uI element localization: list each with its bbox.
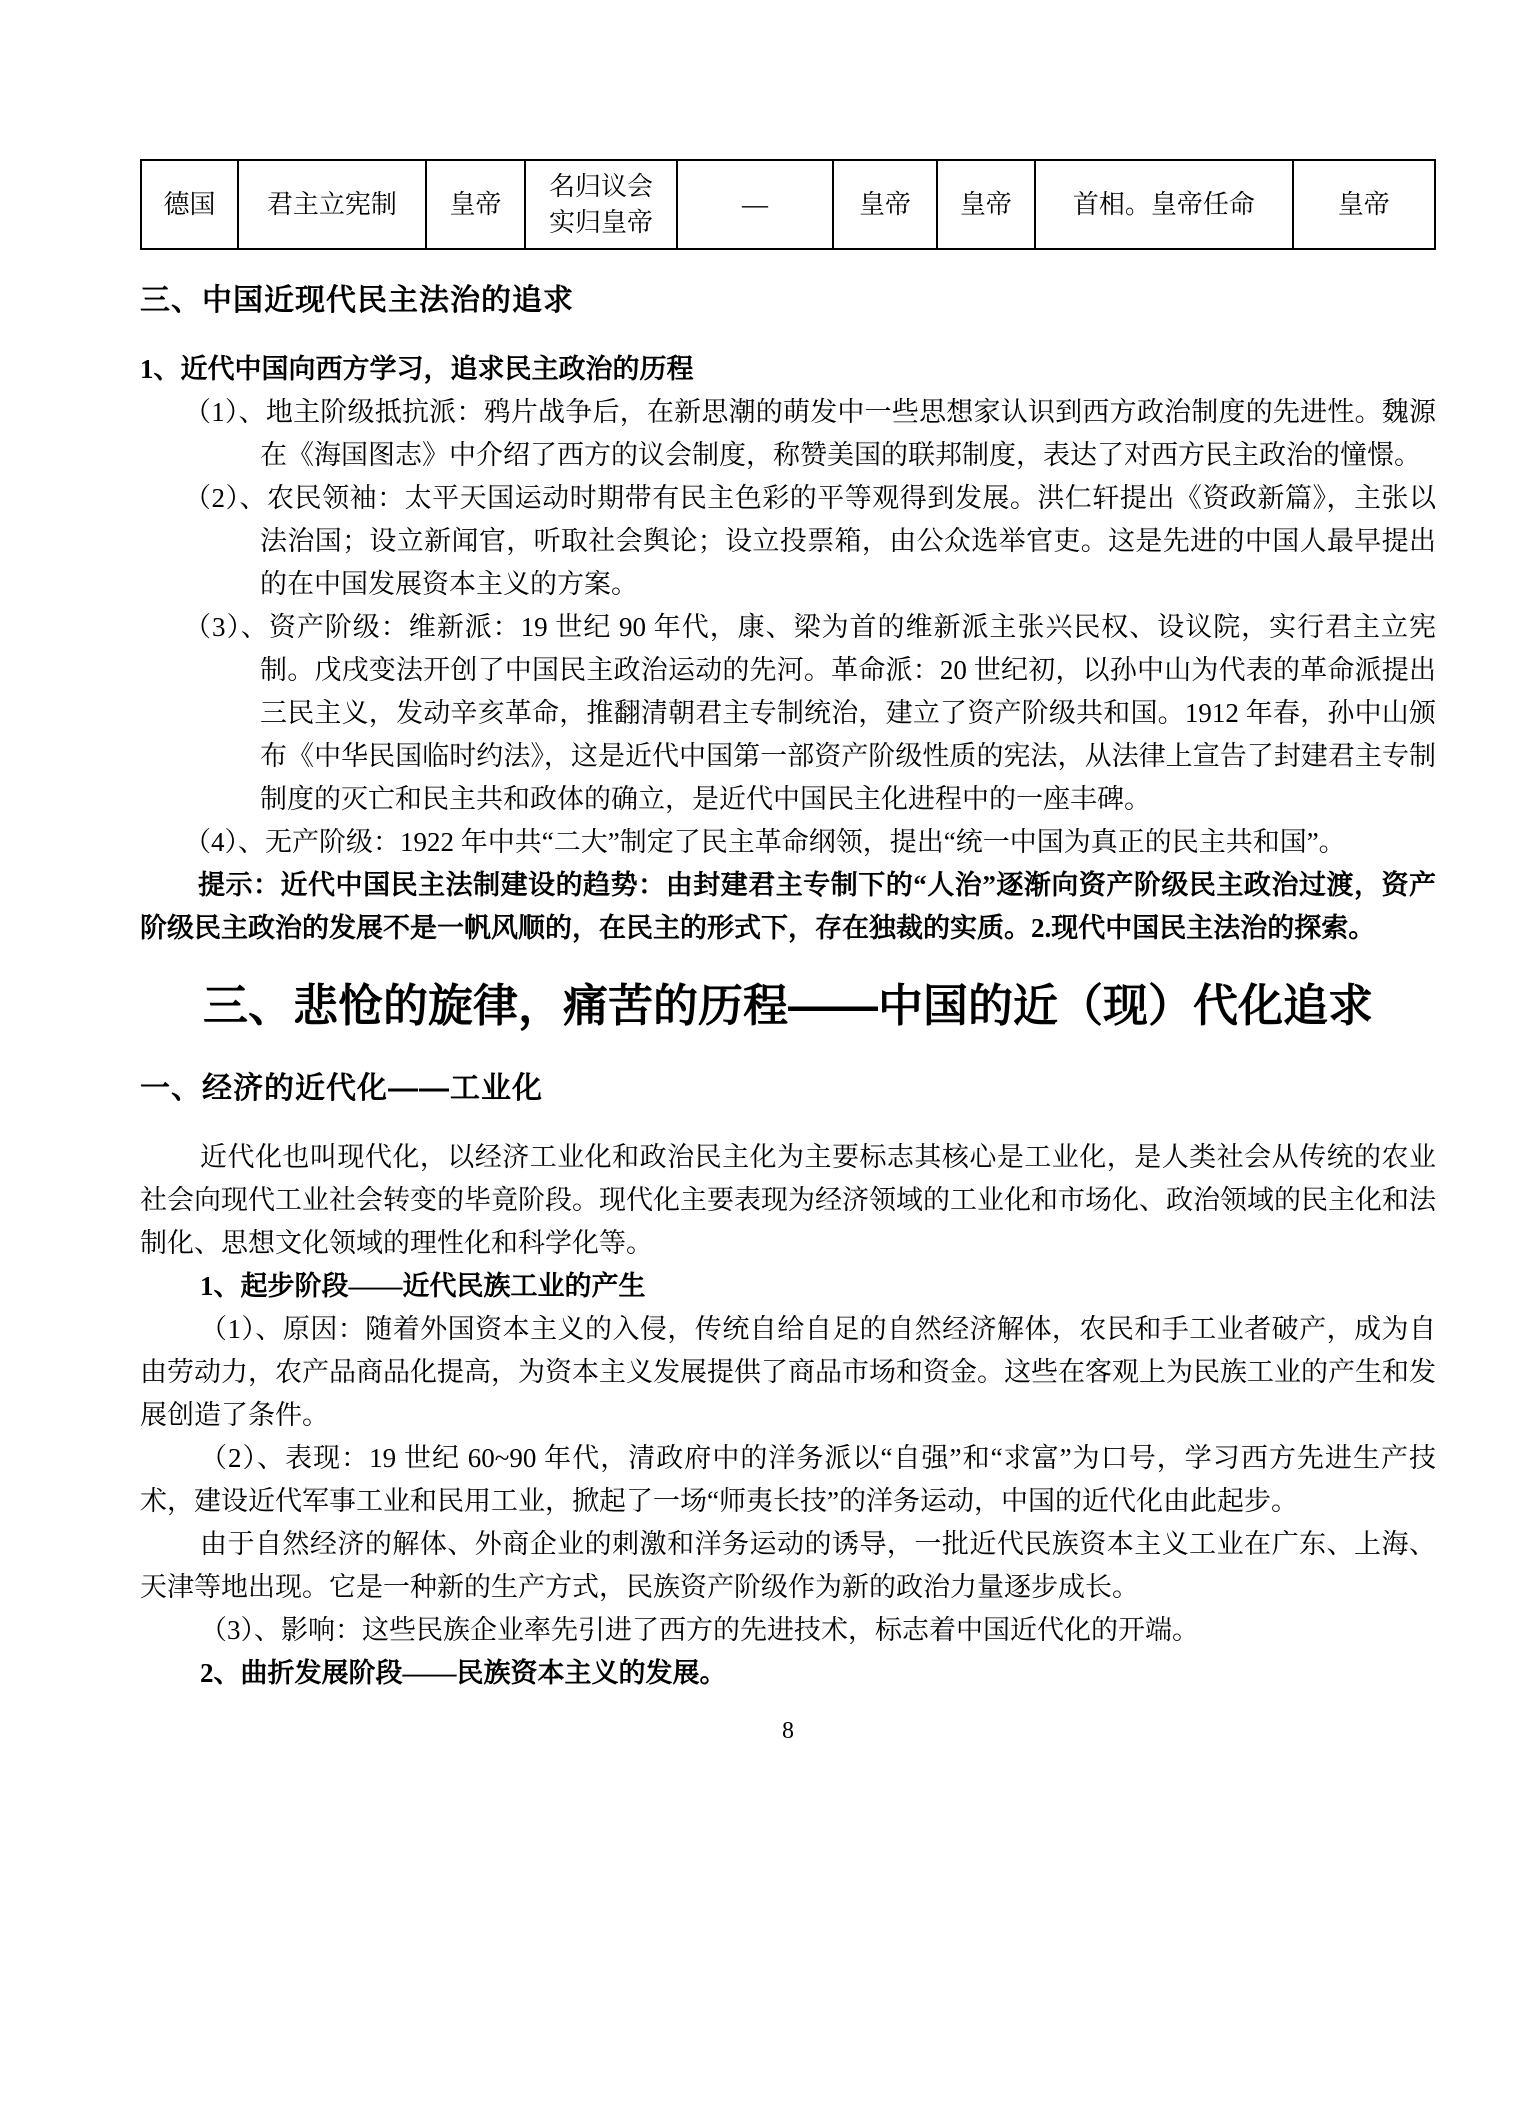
- document-page: 德国 君主立宪制 皇帝 名归议会 实归皇帝 — 皇帝 皇帝 首相。皇帝任命 皇帝…: [0, 0, 1536, 2127]
- stage1-heading: 1、起步阶段——近代民族工业的产生: [140, 1265, 1436, 1308]
- list-item-peasant-leaders: （2）、农民领袖：太平天国运动时期带有民主色彩的平等观得到发展。洪仁轩提出《资政…: [140, 477, 1436, 606]
- table-cell-dash: —: [677, 160, 834, 249]
- section-heading-democracy-rule-of-law: 三、中国近现代民主法治的追求: [140, 282, 1436, 320]
- tip-paragraph: 提示：近代中国民主法制建设的趋势：由封建君主专制下的“人治”逐渐向资产阶级民主政…: [140, 864, 1436, 950]
- table-cell-head-of-state: 皇帝: [426, 160, 526, 249]
- subheading-learning-from-west: 1、近代中国向西方学习，追求民主政治的历程: [140, 348, 1436, 391]
- stage2-heading: 2、曲折发展阶段——民族资本主义的发展。: [140, 1652, 1436, 1695]
- table-cell-premier-appointment: 首相。皇帝任命: [1035, 160, 1293, 249]
- paragraph-cause: （1）、原因：随着外国资本主义的入侵，传统自给自足的自然经济解体，农民和手工业者…: [140, 1308, 1436, 1437]
- list-item-bourgeoisie: （3）、资产阶级：维新派：19 世纪 90 年代，康、梁为首的维新派主张兴民权、…: [140, 606, 1436, 821]
- paragraph-industry-emergence: 由于自然经济的解体、外商企业的刺激和洋务运动的诱导，一批近代民族资本主义工业在广…: [140, 1523, 1436, 1609]
- page-number: 8: [140, 1715, 1436, 1747]
- paragraph-manifestation: （2）、表现：19 世纪 60~90 年代，清政府中的洋务派以“自强”和“求富”…: [140, 1437, 1436, 1523]
- list-item-proletariat: （4）、无产阶级：1922 年中共“二大”制定了民主革命纲领，提出“统一中国为真…: [140, 821, 1436, 864]
- list-item-landlord-class: （1）、地主阶级抵抗派：鸦片战争后，在新思潮的萌发中一些思想家认识到西方政治制度…: [140, 391, 1436, 477]
- paragraph-impact: （3）、影响：这些民族企业率先引进了西方的先进技术，标志着中国近代化的开端。: [140, 1609, 1436, 1652]
- table-row-germany: 德国 君主立宪制 皇帝 名归议会 实归皇帝 — 皇帝 皇帝 首相。皇帝任命 皇帝: [141, 160, 1435, 249]
- political-systems-comparison-table: 德国 君主立宪制 皇帝 名归议会 实归皇帝 — 皇帝 皇帝 首相。皇帝任命 皇帝: [140, 159, 1436, 250]
- chapter-heading-modernization: 三、悲怆的旋律，痛苦的历程——中国的近（现）代化追求: [140, 978, 1436, 1034]
- table-cell-emperor-1: 皇帝: [833, 160, 937, 249]
- paragraph-modernization-intro: 近代化也叫现代化，以经济工业化和政治民主化为主要标志其核心是工业化，是人类社会从…: [140, 1136, 1436, 1265]
- table-cell-emperor-3: 皇帝: [1293, 160, 1435, 249]
- table-cell-system: 君主立宪制: [238, 160, 426, 249]
- table-cell-power-attribution: 名归议会 实归皇帝: [525, 160, 676, 249]
- section-heading-industrialization: 一、经济的近代化——工业化: [140, 1070, 1436, 1108]
- table-cell-country: 德国: [141, 160, 238, 249]
- table-cell-emperor-2: 皇帝: [937, 160, 1035, 249]
